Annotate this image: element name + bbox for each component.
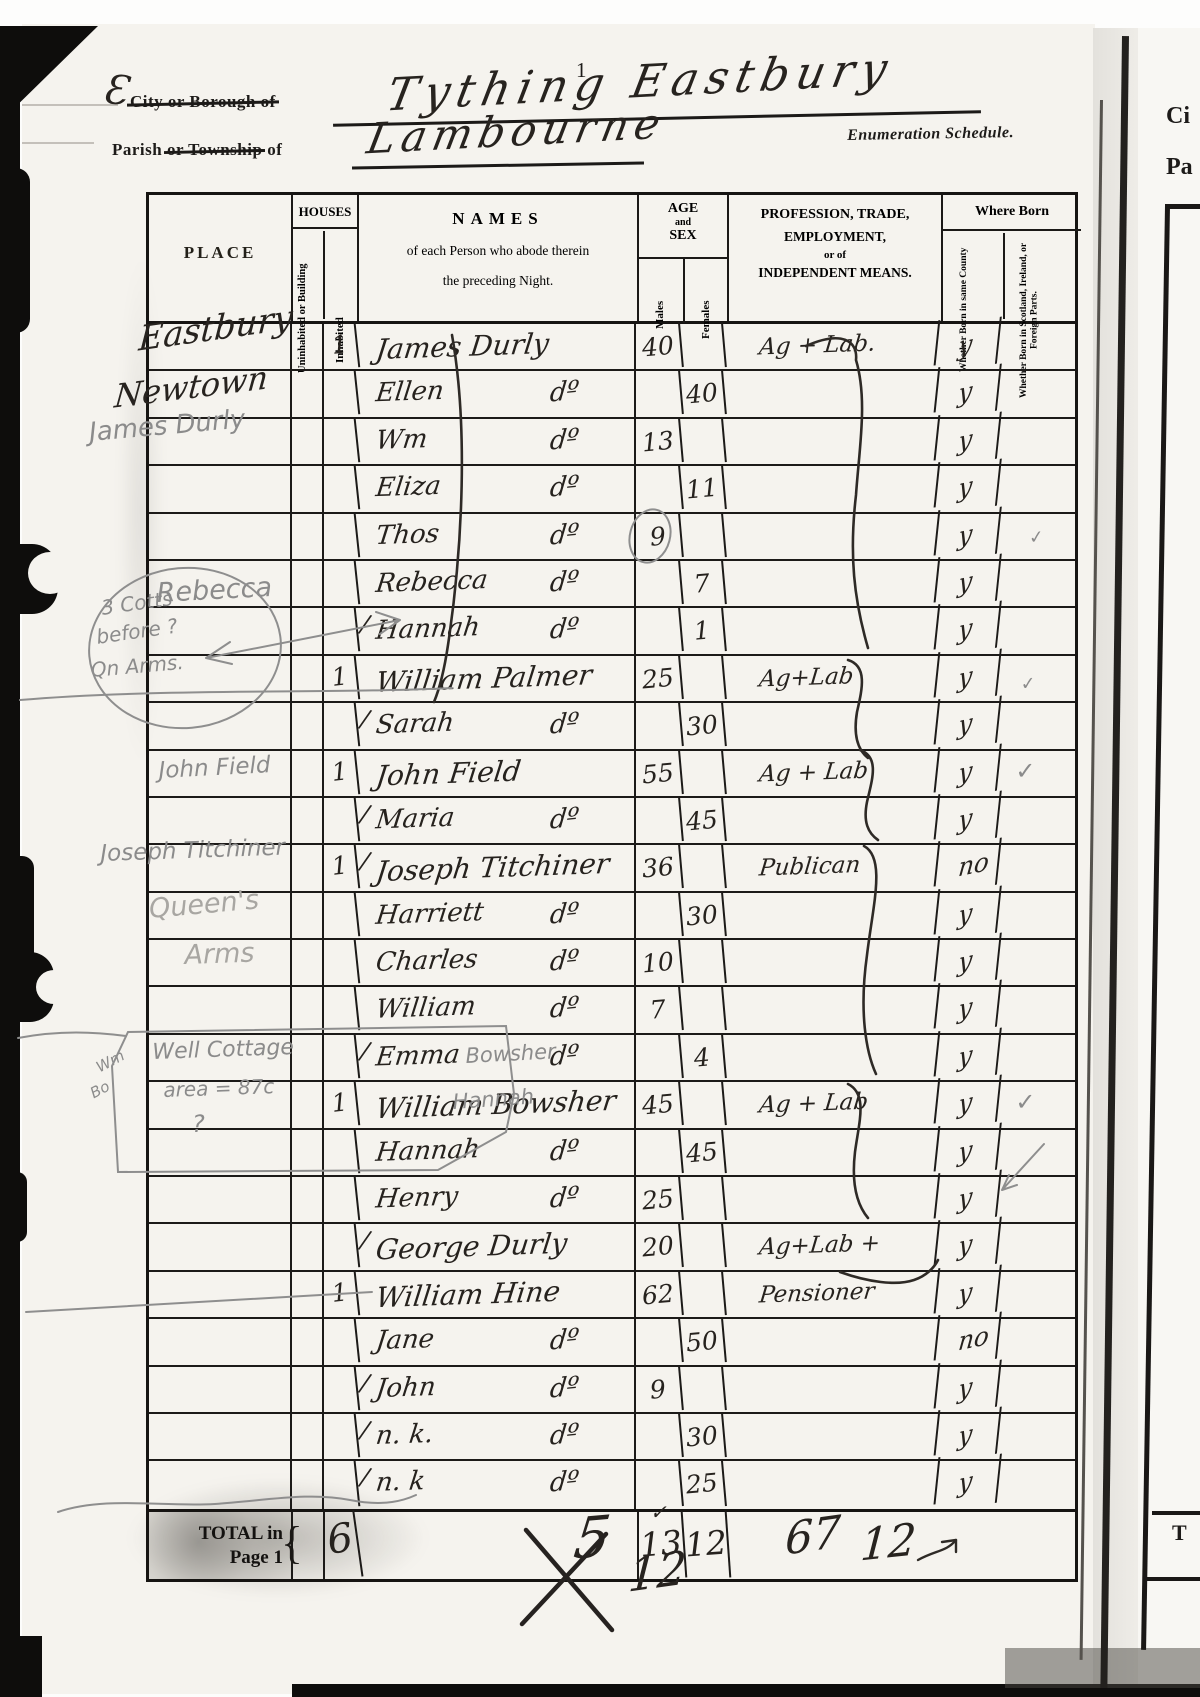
ditto-mark: dº: [548, 1466, 580, 1500]
cell-inhabited: [321, 559, 359, 608]
person-name: Jane: [374, 1324, 436, 1356]
cell-profession: Publican: [723, 841, 940, 894]
cell-uninhabited: [292, 1224, 324, 1269]
cell-born-elsewhere: [999, 1035, 1075, 1080]
cell-name: Eliza dº: [358, 466, 636, 511]
cell-profession: [723, 794, 940, 847]
header-names: NAMES of each Person who abode therein t…: [359, 195, 639, 321]
table-row: 1 William Hine 62 Pensioner y: [149, 1272, 1075, 1319]
cell-age-female: [679, 512, 726, 561]
cell-inhabited: [321, 701, 359, 750]
person-name: William Palmer: [374, 658, 594, 699]
person-name: John: [374, 1371, 437, 1403]
cell-name: Hannah dº: [358, 1130, 636, 1175]
cell-age-female: [679, 1175, 726, 1224]
cell-uninhabited: [292, 466, 324, 511]
cell-born-elsewhere: [999, 1177, 1075, 1222]
right-page-city-partial: Ci: [1166, 104, 1190, 128]
pencil-note-rebecca: Rebecca: [156, 574, 273, 607]
cell-age-male: 7: [634, 986, 683, 1035]
cell-place: [149, 1319, 292, 1364]
cell-place: [149, 1224, 292, 1269]
cell-born-elsewhere: [999, 703, 1075, 748]
cell-profession: [723, 984, 940, 1037]
cell-born-elsewhere: [999, 1319, 1075, 1364]
table-row: 1 William Palmer 25 Ag+Lab y: [149, 656, 1075, 703]
cell-born-elsewhere: [999, 1224, 1075, 1269]
cell-born-elsewhere: [999, 845, 1075, 890]
table-row: / Sarah dº 30 y: [149, 703, 1075, 750]
cell-age-male: 9: [634, 512, 683, 561]
person-name: James Durly: [374, 327, 551, 366]
cell-profession: [723, 1031, 940, 1084]
header-houses: HOUSES Uninhabited or Building Inhabited: [293, 195, 359, 321]
cell-name: John Field: [358, 751, 636, 796]
cell-born-elsewhere: [999, 324, 1075, 369]
cell-inhabited: [321, 938, 359, 987]
table-row: / John dº 9 y: [149, 1367, 1075, 1414]
total-inhabited-value: 6: [321, 1510, 364, 1581]
cell-uninhabited: [292, 1130, 324, 1175]
cell-uninhabited: [292, 1035, 324, 1080]
cell-age-female: 25: [679, 1460, 727, 1511]
household-tick: /: [359, 1416, 371, 1445]
cell-age-male: [634, 1317, 683, 1366]
cell-born-elsewhere: [999, 371, 1075, 416]
cell-born-elsewhere: [999, 466, 1075, 511]
cell-age-female: [679, 986, 726, 1035]
cell-name: Henry dº: [358, 1177, 636, 1222]
cell-place: [149, 1272, 292, 1317]
table-row: / George Durly 20 Ag+Lab + y: [149, 1224, 1075, 1271]
census-rows: 1 James Durly 40 Ag + Lab. y Ellen dº 40…: [149, 324, 1075, 1509]
table-row: Harriett dº 30 y: [149, 893, 1075, 940]
household-tick: /: [359, 1036, 371, 1065]
header-inhabited: Inhabited: [325, 231, 359, 319]
cell-age-male: [634, 796, 683, 845]
cell-name: William Palmer: [358, 656, 636, 701]
header-born-elsewhere: Whether Born in Scotland, Ireland, or Fo…: [1005, 233, 1079, 319]
table-row: Hannah dº 45 y: [149, 1130, 1075, 1177]
person-name: Hannah: [374, 1134, 482, 1168]
cell-name: / Sarah dº: [358, 703, 636, 748]
person-name: n. k: [374, 1466, 427, 1498]
table-row: Jane dº 50 no: [149, 1319, 1075, 1366]
cell-age-female: 45: [679, 796, 726, 845]
footer-check-mark: ✓: [650, 1502, 667, 1522]
cell-uninhabited: [292, 845, 324, 890]
cell-inhabited: [321, 1365, 359, 1414]
ditto-mark: dº: [548, 1134, 580, 1168]
ditto-mark: dº: [548, 1418, 580, 1452]
cell-age-male: 62: [634, 1270, 683, 1319]
cell-age-female: 30: [679, 891, 726, 940]
header-uninhabited: Uninhabited or Building: [293, 231, 325, 319]
household-tick: /: [359, 705, 371, 734]
cell-inhabited: [321, 1033, 359, 1082]
cell-uninhabited: [292, 371, 324, 416]
ditto-mark: dº: [548, 992, 580, 1026]
cell-uninhabited: [292, 987, 324, 1032]
cell-age-female: [679, 322, 726, 371]
cell-born-elsewhere: [999, 798, 1075, 843]
cell-uninhabited: [292, 561, 324, 606]
cell-age-male: 9: [634, 1365, 683, 1414]
cell-uninhabited: [292, 419, 324, 464]
cell-born-elsewhere: [999, 1367, 1075, 1412]
person-name: William Hine: [374, 1275, 562, 1315]
household-tick: /: [359, 1463, 371, 1492]
cell-place: [149, 1414, 292, 1459]
cell-inhabited: 1: [321, 654, 359, 703]
cell-profession: [723, 1315, 940, 1368]
ditto-mark: dº: [548, 1181, 580, 1215]
person-name: Emma: [374, 1039, 461, 1072]
cell-age-female: [679, 417, 726, 466]
cell-age-female: [679, 1080, 726, 1129]
cell-age-male: [634, 559, 683, 608]
pencil-note-area: area = 87c: [163, 1076, 275, 1100]
cell-place: [149, 1461, 292, 1508]
footer-tally-12b: 12: [859, 1518, 918, 1568]
cell-age-female: 40: [679, 370, 726, 419]
cell-name: Wm dº: [358, 419, 636, 464]
cell-uninhabited: [292, 1367, 324, 1412]
cell-inhabited: [321, 1460, 360, 1511]
cell-place: [149, 466, 292, 511]
cell-profession: [723, 1126, 940, 1179]
cell-age-male: [634, 1412, 683, 1461]
header-age-sex: AGE and SEX Males Females: [639, 195, 729, 321]
cell-age-female: [679, 1365, 726, 1414]
cell-profession: Ag + Lab: [723, 747, 940, 800]
cell-name: / Maria dº: [358, 798, 636, 843]
cell-inhabited: [321, 370, 359, 419]
cell-age-female: [679, 1223, 726, 1272]
person-name: Maria: [374, 802, 456, 835]
table-row: / n. k dº 25 y: [149, 1461, 1075, 1508]
cell-name: William dº: [358, 987, 636, 1032]
right-page-total-border: [1146, 1577, 1200, 1581]
cell-name: / George Durly: [358, 1224, 636, 1269]
table-row: 1 William Bowsher 45 Ag + Lab y ✓: [149, 1082, 1075, 1129]
cell-uninhabited: [292, 324, 324, 369]
table-row: Eliza dº 11 y: [149, 466, 1075, 513]
total-label-cell: TOTAL in Page 1 {: [149, 1512, 293, 1579]
pencil-check-mark: ✓: [1028, 528, 1045, 547]
person-name: Ellen: [374, 376, 445, 409]
census-table: PLACE HOUSES Uninhabited or Building Inh…: [146, 192, 1078, 1582]
cell-age-female: [679, 654, 726, 703]
scan-edge-blob: [0, 1636, 42, 1697]
cell-born-elsewhere: [999, 656, 1075, 701]
person-name: Rebecca: [374, 565, 489, 599]
cell-inhabited: [321, 512, 359, 561]
ditto-mark: dº: [548, 565, 580, 599]
cell-uninhabited: [292, 703, 324, 748]
cell-inhabited: [321, 1128, 359, 1177]
pencil-check-mark: ✓: [1020, 675, 1036, 694]
person-name: George Durly: [374, 1227, 569, 1267]
table-row: Charles dº 10 y: [149, 940, 1075, 987]
cell-place: [149, 514, 292, 559]
cell-age-male: 36: [634, 843, 683, 892]
cell-inhabited: 1: [321, 1270, 359, 1319]
cell-born-elsewhere: [999, 1414, 1075, 1459]
cell-inhabited: [321, 465, 359, 514]
cell-born-elsewhere: ✓: [999, 1082, 1075, 1127]
cell-age-male: 25: [634, 1175, 683, 1224]
table-row: 1 / Joseph Titchiner 36 Publican no: [149, 845, 1075, 892]
header-females: Females: [685, 259, 729, 323]
ditto-mark: dº: [548, 802, 580, 836]
enumeration-schedule-label: Enumeration Schedule.: [847, 125, 1014, 144]
cell-age-female: 50: [679, 1317, 726, 1366]
table-row: / Maria dº 45 y: [149, 798, 1075, 845]
pencil-note-well-cottage: Well Cottage: [152, 1037, 294, 1064]
cell-inhabited: [321, 1175, 359, 1224]
cell-born-elsewhere: [999, 940, 1075, 985]
cell-born-elsewhere: [999, 608, 1075, 653]
person-name: n. k.: [374, 1419, 435, 1451]
cell-name: Ellen dº: [358, 371, 636, 416]
cell-born-elsewhere: [999, 561, 1075, 606]
cell-uninhabited: [292, 1414, 324, 1459]
cell-age-female: 1: [679, 607, 726, 656]
cell-inhabited: [321, 891, 359, 940]
cell-age-female: [679, 749, 726, 798]
header-where-born: Where Born Whether Born in same County W…: [943, 195, 1081, 321]
table-row: 1 John Field 55 Ag + Lab y ✓: [149, 751, 1075, 798]
cell-name: Harriett dº: [358, 893, 636, 938]
household-tick: /: [359, 610, 371, 639]
cell-profession: Ag+Lab: [723, 652, 940, 705]
cell-profession: [723, 1363, 940, 1416]
person-name: John Field: [374, 754, 523, 792]
cell-place: [149, 1367, 292, 1412]
header-age-split: Males Females: [639, 257, 727, 323]
person-name: Joseph Titchiner: [374, 847, 611, 888]
ditto-mark: dº: [548, 470, 580, 504]
cell-born-elsewhere: [999, 987, 1075, 1032]
scan-edge-blob: [0, 1172, 27, 1242]
cell-name: / n. k. dº: [358, 1414, 636, 1459]
cell-age-female: [679, 938, 726, 987]
cell-uninhabited: [292, 798, 324, 843]
cell-profession: [723, 462, 940, 515]
cell-born-elsewhere: [999, 893, 1075, 938]
punch-hole: [28, 552, 72, 594]
total-brace: {: [281, 1516, 303, 1569]
person-name: Charles: [374, 944, 479, 978]
table-row: Ellen dº 40 y: [149, 371, 1075, 418]
scan-edge-blob: [0, 168, 30, 333]
cell-inhabited: [321, 1412, 359, 1461]
household-tick: /: [359, 847, 371, 876]
ditto-mark: dº: [548, 707, 580, 741]
cell-inhabited: 1: [321, 749, 359, 798]
cell-name: William Hine: [358, 1272, 636, 1317]
cell-age-male: 13: [634, 417, 683, 466]
cell-name: / John dº: [358, 1367, 636, 1412]
cell-inhabited: [321, 1223, 359, 1272]
person-name: William: [374, 992, 477, 1026]
parish-label: Parish or Township of: [112, 140, 282, 160]
ditto-mark: dº: [548, 518, 580, 552]
cell-place: [149, 1177, 292, 1222]
cell-inhabited: [321, 1318, 359, 1367]
person-name: Eliza: [374, 471, 442, 503]
ditto-mark: dº: [548, 376, 580, 410]
pencil-note-question: ?: [192, 1112, 205, 1136]
cell-name: Thos dº: [358, 514, 636, 559]
ditto-mark: dº: [548, 1323, 580, 1357]
header-males: Males: [639, 259, 685, 323]
cell-uninhabited: [292, 751, 324, 796]
right-page-parish-partial: Pa: [1166, 155, 1193, 179]
cell-profession: Ag + Lab.: [723, 320, 940, 373]
cell-name: James Durly: [358, 324, 636, 369]
scan-rule-artifact: [22, 142, 94, 144]
cell-inhabited: [321, 986, 359, 1035]
cell-born-elsewhere: [999, 1272, 1075, 1317]
household-tick: /: [359, 1226, 371, 1255]
cell-inhabited: [321, 417, 359, 466]
cell-inhabited: 1: [321, 1081, 359, 1130]
cell-profession: Pensioner: [723, 1268, 940, 1321]
cell-profession: [723, 510, 940, 563]
cell-age-male: 10: [634, 938, 683, 987]
cell-age-female: [679, 1270, 726, 1319]
cell-profession: [723, 1173, 940, 1226]
cell-place: [149, 1130, 292, 1175]
cell-inhabited: [321, 796, 359, 845]
table-row: Wm dº 13 y: [149, 419, 1075, 466]
cell-age-female: 4: [679, 1033, 726, 1082]
ditto-mark: dº: [548, 944, 580, 978]
ditto-mark: dº: [548, 613, 580, 647]
footer-tally-12: 12: [627, 1544, 688, 1599]
cell-name: / Joseph Titchiner: [358, 845, 636, 890]
cell-age-male: 45: [634, 1080, 683, 1129]
cell-profession: [723, 415, 940, 468]
cell-profession: Ag + Lab: [723, 1078, 940, 1131]
cell-uninhabited: [292, 940, 324, 985]
cell-uninhabited: [292, 1272, 324, 1317]
cell-uninhabited: [292, 514, 324, 559]
cell-name: / n. k dº: [358, 1461, 636, 1508]
person-name: Wm: [374, 424, 429, 456]
cell-age-male: 20: [634, 1223, 683, 1272]
cell-profession: [723, 699, 940, 752]
cell-profession: Ag+Lab +: [723, 1221, 940, 1274]
cell-uninhabited: [292, 608, 324, 653]
cell-inhabited: 1: [321, 844, 359, 893]
cell-age-male: [634, 701, 683, 750]
total-label: TOTAL in Page 1: [199, 1522, 283, 1570]
ditto-mark: dº: [548, 423, 580, 457]
cell-age-female: 7: [679, 559, 726, 608]
pencil-note-john-field: John Field: [158, 754, 271, 783]
total-females-value: 12: [683, 1510, 732, 1580]
cell-age-male: [634, 1128, 683, 1177]
header-born-county: Whether Born in same County: [943, 233, 1005, 319]
cell-name: Rebecca dº: [358, 561, 636, 606]
cell-uninhabited: [292, 893, 324, 938]
household-tick: /: [359, 799, 371, 828]
cell-born-elsewhere: ✓: [999, 751, 1075, 796]
ditto-mark: dº: [548, 897, 580, 931]
header-profession: PROFESSION, TRADE, EMPLOYMENT, or of IND…: [729, 195, 943, 321]
person-name: Hannah: [374, 612, 482, 646]
cell-uninhabited: [292, 1461, 324, 1508]
cell-born-elsewhere: [999, 1461, 1075, 1508]
cell-age-female: 30: [679, 1412, 726, 1461]
cell-profession: [723, 605, 940, 658]
cell-age-male: [634, 606, 683, 655]
ditto-mark: dº: [548, 1371, 580, 1405]
cell-age-male: [634, 1033, 683, 1082]
cell-profession: [723, 1410, 940, 1463]
table-row: Thos dº 9 y: [149, 514, 1075, 561]
cell-age-male: [634, 891, 683, 940]
cell-name: / Hannah dº: [358, 608, 636, 653]
table-row: / n. k. dº 30 y: [149, 1414, 1075, 1461]
right-page-total-partial: T: [1172, 1522, 1187, 1544]
census-scan-page: 1 Ɛ City or Borough of Parish or Townshi…: [0, 0, 1200, 1697]
enumerator-mark: Ɛ: [101, 70, 129, 112]
pencil-note-hannah: Hannah: [452, 1086, 535, 1113]
cell-name: Jane dº: [358, 1319, 636, 1364]
person-name: Henry: [374, 1182, 460, 1215]
cell-profession: [723, 936, 940, 989]
person-name: Harriett: [374, 897, 485, 931]
footer-tally-5: 5: [571, 1509, 613, 1569]
cell-age-male: 40: [634, 322, 683, 371]
right-page-table-top-border: [1165, 204, 1200, 209]
cell-uninhabited: [292, 1082, 324, 1127]
cell-place: [149, 703, 292, 748]
cell-born-elsewhere: [999, 419, 1075, 464]
cell-age-female: 11: [679, 464, 726, 513]
table-row: Henry dº 25 y: [149, 1177, 1075, 1224]
person-name: Thos: [374, 518, 441, 550]
table-row: William dº 7 y: [149, 987, 1075, 1034]
cell-age-male: 55: [634, 749, 683, 798]
pencil-note-bowsher: Bowsher: [465, 1041, 556, 1067]
city-borough-label: City or Borough of: [130, 92, 276, 112]
punch-hole: [36, 970, 72, 1004]
household-tick: /: [359, 1368, 371, 1397]
cell-profession: [723, 1458, 941, 1513]
cell-age-male: [634, 464, 683, 513]
cell-inhabited: [321, 607, 359, 656]
cell-uninhabited: [292, 1319, 324, 1364]
table-row: / Hannah dº 1 y: [149, 608, 1075, 655]
cell-name: Charles dº: [358, 940, 636, 985]
cell-age-male: 25: [634, 654, 683, 703]
pencil-note-arms: Arms: [184, 940, 255, 969]
person-name: Sarah: [374, 708, 456, 741]
cell-profession: [723, 557, 940, 610]
cell-place: [149, 987, 292, 1032]
footer-tally-67: 67: [784, 1510, 841, 1562]
cell-uninhabited: [292, 656, 324, 701]
cell-profession: [723, 889, 940, 942]
cell-profession: [723, 368, 940, 421]
cell-inhabited: 1: [321, 322, 359, 371]
cell-born-elsewhere: [999, 1130, 1075, 1175]
